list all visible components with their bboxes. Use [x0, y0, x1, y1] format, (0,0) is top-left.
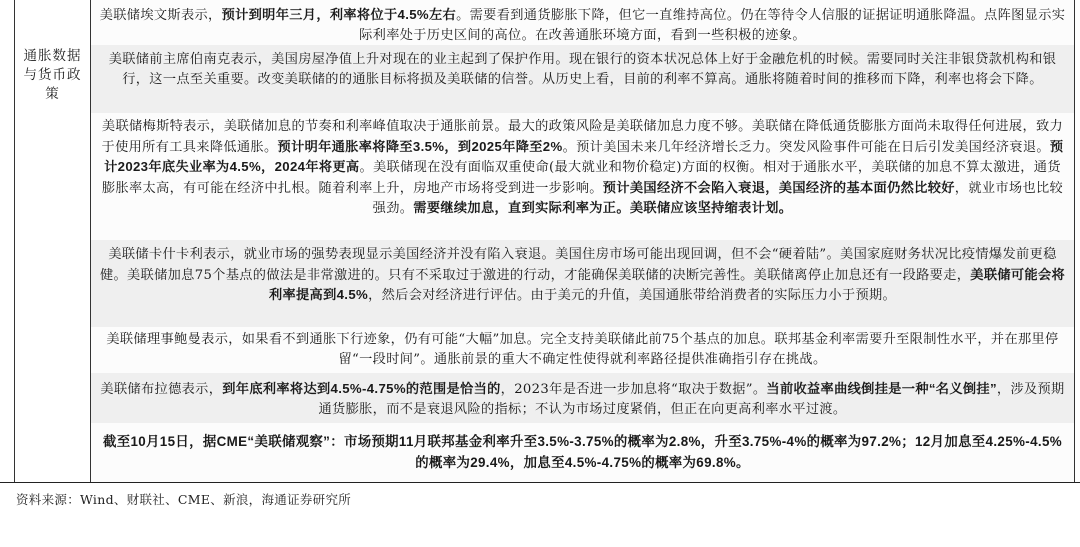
table-bottom-rule: [0, 482, 1080, 483]
row-bernanke: 美联储前主席伯南克表示，美国房屋净值上升对现在的业主起到了保护作用。现在银行的资…: [91, 45, 1074, 113]
body-text: 美联储理事鲍曼表示，如果看不到通胀下行迹象，仍有可能“大幅”加息。完全支持美联储…: [106, 332, 1058, 367]
emphasis-text: 需要继续加息，直到实际利率为正。美联储应该坚持缩表计划。: [413, 200, 792, 215]
emphasis-text: 预计明年通胀率将降至3.5%，到2025年降至2%: [278, 139, 563, 154]
row-bowman: 美联储理事鲍曼表示，如果看不到通胀下行迹象，仍有可能“大幅”加息。完全支持美联储…: [91, 327, 1074, 373]
body-text: 。需要看到通货膨胀下降，但它一直维持高位。仍在等待令人信服的证据证明通胀降温。点…: [359, 8, 1065, 43]
emphasis-text: 截至10月15日，据CME“美联储观察”：市场预期11月联邦基金利率升至3.5%…: [103, 434, 1062, 470]
category-cell: 通胀数据与货币政策: [15, 0, 91, 482]
body-text: ，2023年是否进一步加息将“取决于数据”。: [501, 382, 767, 397]
body-text: 美联储布拉德表示，: [100, 382, 222, 397]
body-text: 美联储卡什卡利表示，就业市场的强势表现显示美国经济并没有陷入衰退。美国住房市场可…: [100, 247, 1057, 283]
commentary-column: 美联储埃文斯表示，预计到明年三月，利率将位于4.5%左右。需要看到通货膨胀下降，…: [91, 0, 1074, 482]
emphasis-text: 预计美国经济不会陷入衰退，美国经济的基本面仍然比较好: [603, 180, 955, 195]
row-bullard: 美联储布拉德表示，到年底利率将达到4.5%-4.75%的范围是恰当的，2023年…: [91, 373, 1074, 423]
body-text: 美联储埃文斯表示，: [100, 8, 222, 23]
body-text: 美联储前主席伯南克表示，美国房屋净值上升对现在的业主起到了保护作用。现在银行的资…: [109, 52, 1057, 87]
emphasis-text: 到年底利率将达到4.5%-4.75%的范围是恰当的: [222, 381, 500, 396]
body-text: ，然后会对经济进行评估。由于美元的升值，美国通胀带给消费者的实际压力小于预期。: [368, 288, 896, 303]
row-kashkari: 美联储卡什卡利表示，就业市场的强势表现显示美国经济并没有陷入衰退。美国住房市场可…: [91, 240, 1074, 327]
row-cme-fedwatch: 截至10月15日，据CME“美联储观察”：市场预期11月联邦基金利率升至3.5%…: [91, 423, 1074, 482]
source-note: 资料来源：Wind、财联社、CME、新浪，海通证券研究所: [16, 490, 351, 508]
row-mester: 美联储梅斯特表示，美联储加息的节奏和利率峰值取决于通胀前景。最大的政策风险是美联…: [91, 113, 1074, 240]
category-label: 通胀数据与货币政策: [20, 47, 86, 104]
fed-commentary-table: 通胀数据与货币政策 美联储埃文斯表示，预计到明年三月，利率将位于4.5%左右。需…: [14, 0, 1075, 482]
body-text: 。预计美国未来几年经济增长乏力。突发风险事件可能在日后引发美国经济衰退。: [563, 140, 1050, 155]
emphasis-text: 预计到明年三月，利率将位于4.5%左右: [222, 7, 457, 22]
row-evans: 美联储埃文斯表示，预计到明年三月，利率将位于4.5%左右。需要看到通货膨胀下降，…: [91, 0, 1074, 45]
emphasis-text: 当前收益率曲线倒挂是一种“名义倒挂”: [766, 381, 997, 396]
